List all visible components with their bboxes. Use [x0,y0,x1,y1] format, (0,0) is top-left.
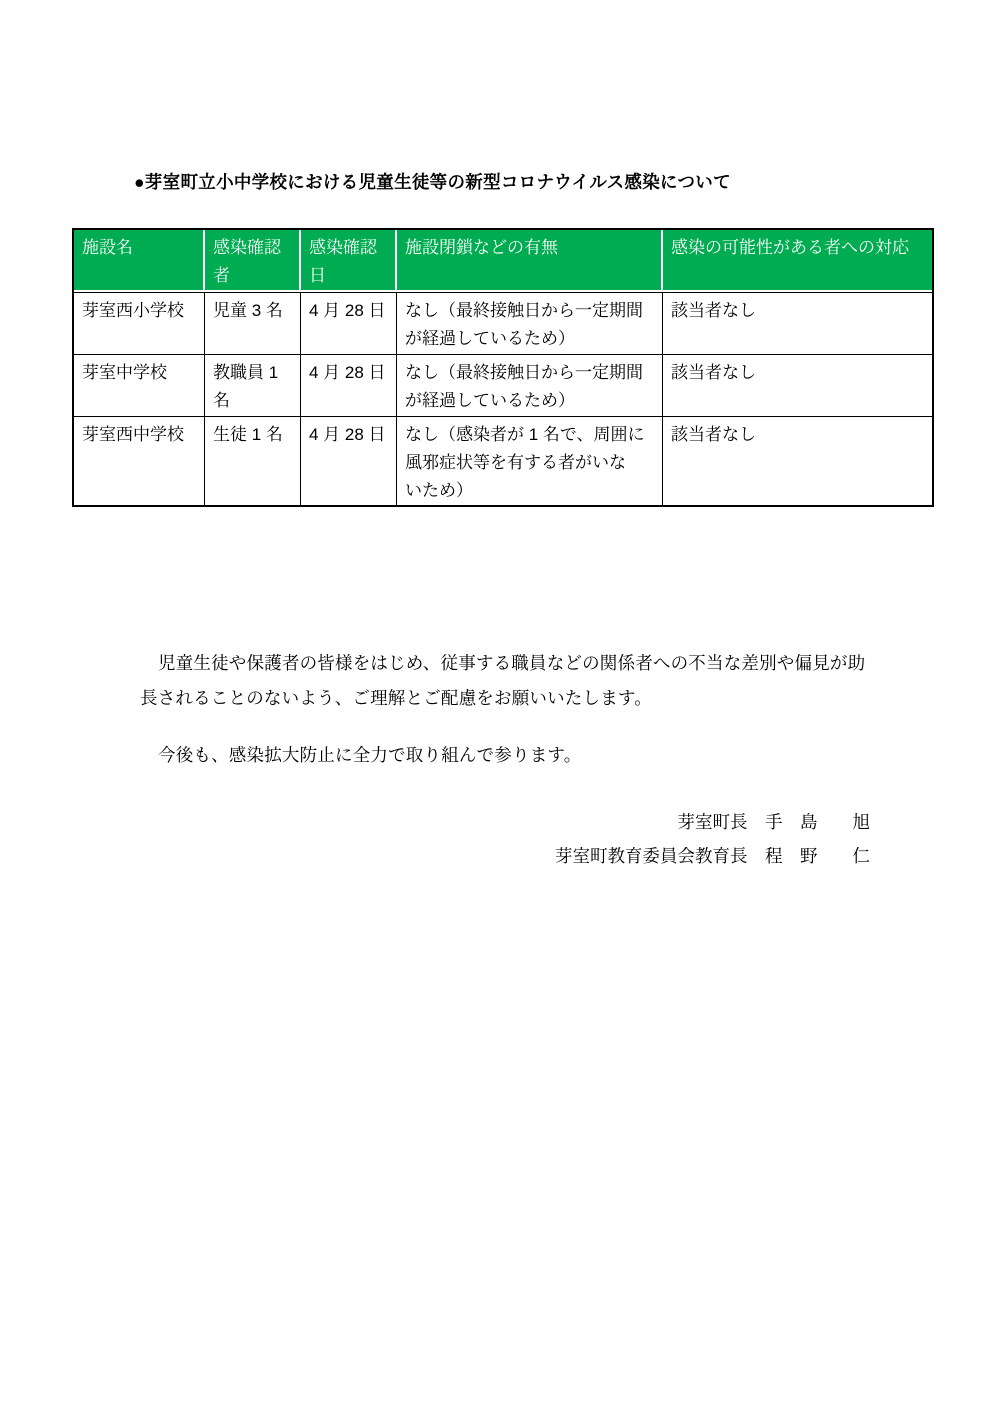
column-header-closure: 施設閉鎖などの有無 [397,230,663,292]
cell-closure: なし（最終接触日から一定期間 が経過しているため） [397,292,663,354]
closing-paragraph: 今後も、感染拡大防止に全力で取り組んで参ります。 [140,738,940,773]
cell-closure: なし（感染者が 1 名で、周囲に 風邪症状等を有する者がいな いため） [397,416,663,505]
table-row: 芽室中学校 教職員 1 名 4 月 28 日 なし（最終接触日から一定期間 が経… [74,354,932,416]
cell-confirmed-persons: 教職員 1 名 [205,354,301,416]
cell-facility: 芽室中学校 [74,354,205,416]
notice-paragraph: 児童生徒や保護者の皆様をはじめ、従事する職員などの関係者への不当な差別や偏見が助… [140,646,940,716]
infection-table: 施設名 感染確認 者 感染確認 日 施設閉鎖などの有無 感染の可能性がある者への… [72,228,934,507]
document-page: ●芽室町立小中学校における児童生徒等の新型コロナウイルス感染について 施設名 感… [0,0,1000,1415]
column-header-facility: 施設名 [74,230,205,292]
cell-response: 該当者なし [663,292,932,354]
cell-confirmed-date: 4 月 28 日 [301,292,397,354]
cell-facility: 芽室西中学校 [74,416,205,505]
cell-response: 該当者なし [663,416,932,505]
table-header-row: 施設名 感染確認 者 感染確認 日 施設閉鎖などの有無 感染の可能性がある者への… [74,230,932,292]
signature-mayor: 芽室町長 手 島 旭 [140,805,870,839]
cell-confirmed-persons: 生徒 1 名 [205,416,301,505]
cell-confirmed-date: 4 月 28 日 [301,354,397,416]
document-title: ●芽室町立小中学校における児童生徒等の新型コロナウイルス感染について [134,169,731,194]
column-header-confirmed-date: 感染確認 日 [301,230,397,292]
cell-confirmed-date: 4 月 28 日 [301,416,397,505]
column-header-confirmed-persons: 感染確認 者 [205,230,301,292]
cell-response: 該当者なし [663,354,932,416]
cell-facility: 芽室西小学校 [74,292,205,354]
table-row: 芽室西小学校 児童 3 名 4 月 28 日 なし（最終接触日から一定期間 が経… [74,292,932,354]
table-row: 芽室西中学校 生徒 1 名 4 月 28 日 なし（感染者が 1 名で、周囲に … [74,416,932,505]
column-header-response: 感染の可能性がある者への対応 [663,230,932,292]
cell-confirmed-persons: 児童 3 名 [205,292,301,354]
cell-closure: なし（最終接触日から一定期間 が経過しているため） [397,354,663,416]
signature-block: 芽室町長 手 島 旭 芽室町教育委員会教育長 程 野 仁 [140,805,870,873]
signature-superintendent: 芽室町教育委員会教育長 程 野 仁 [140,839,870,873]
